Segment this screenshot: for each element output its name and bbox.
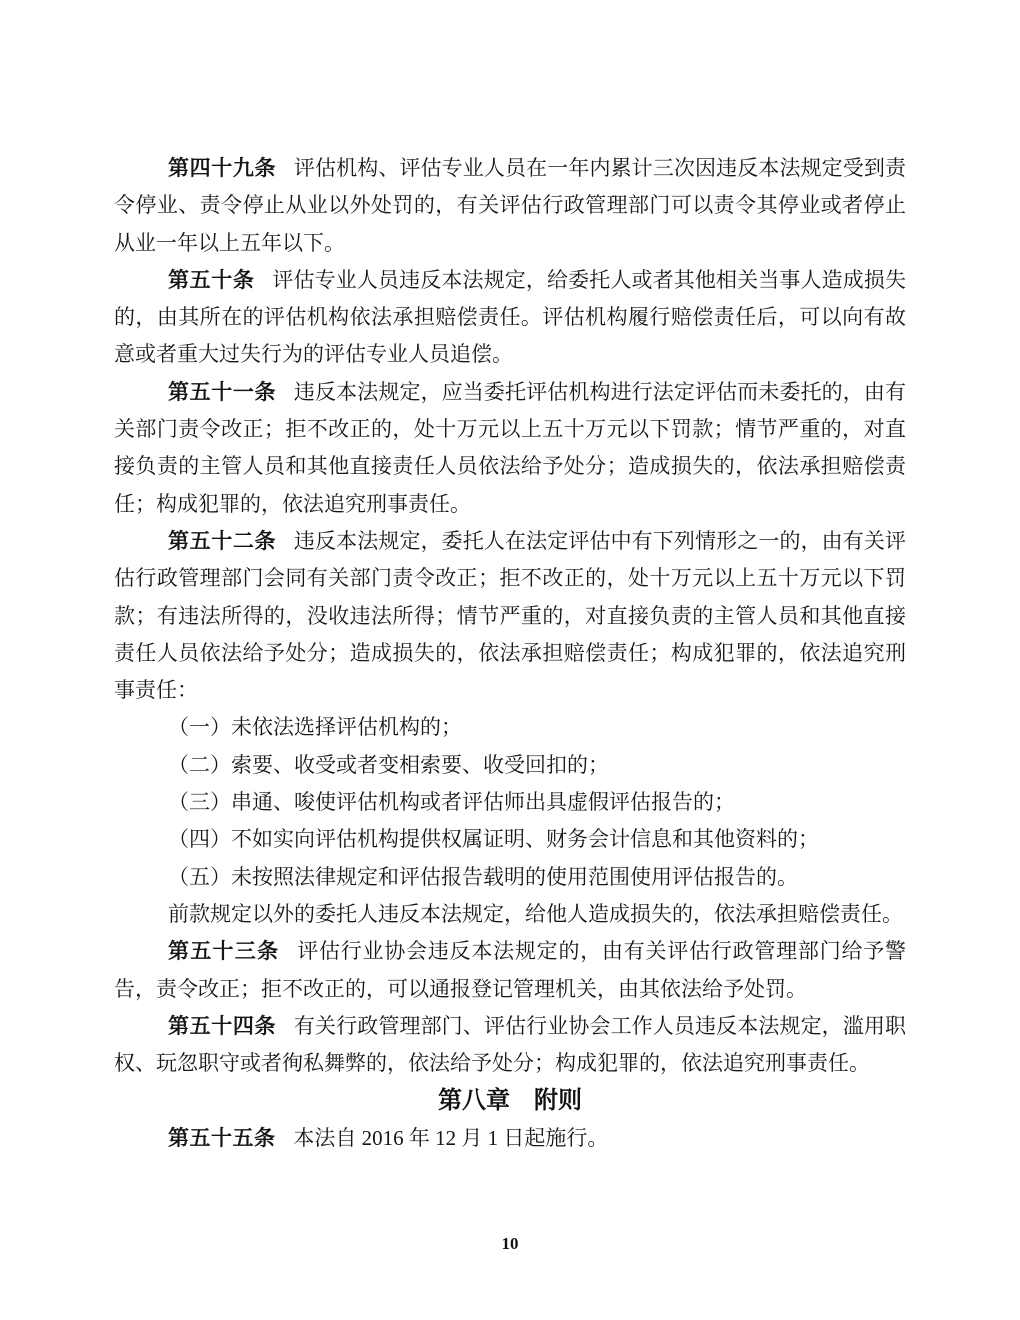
article-paragraph: 第五十四条有关行政管理部门、评估行业协会工作人员违反本法规定，滥用职权、玩忽职守… xyxy=(114,1008,906,1083)
page-number: 10 xyxy=(0,1234,1020,1254)
document-content: 第四十九条评估机构、评估专业人员在一年内累计三次因违反本法规定受到责令停业、责令… xyxy=(114,150,906,1157)
list-item: （一）未依法选择评估机构的； xyxy=(114,709,906,746)
article-number-label: 第五十四条 xyxy=(168,1015,276,1038)
article-number-label: 第五十五条 xyxy=(168,1127,276,1150)
list-item: （四）不如实向评估机构提供权属证明、财务会计信息和其他资料的； xyxy=(114,821,906,858)
article-text: 本法自 2016 年 12 月 1 日起施行。 xyxy=(293,1126,608,1150)
list-item: （三）串通、唆使评估机构或者评估师出具虚假评估报告的； xyxy=(114,784,906,821)
article-paragraph: 第五十五条本法自 2016 年 12 月 1 日起施行。 xyxy=(114,1120,906,1157)
chapter-heading: 第八章 附则 xyxy=(114,1082,906,1119)
article-text: 违反本法规定，委托人在法定评估中有下列情形之一的，由有关评估行政管理部门会同有关… xyxy=(114,529,906,702)
article-paragraph: 第四十九条评估机构、评估专业人员在一年内累计三次因违反本法规定受到责令停业、责令… xyxy=(114,150,906,262)
article-paragraph: 第五十三条评估行业协会违反本法规定的，由有关评估行政管理部门给予警告，责令改正；… xyxy=(114,933,906,1008)
article-number-label: 第五十条 xyxy=(168,269,255,292)
article-number-label: 第五十二条 xyxy=(168,530,276,553)
list-item: （二）索要、收受或者变相索要、收受回扣的； xyxy=(114,747,906,784)
article-number-label: 第五十一条 xyxy=(168,381,276,404)
article-paragraph: 第五十一条违反本法规定，应当委托评估机构进行法定评估而未委托的，由有关部门责令改… xyxy=(114,374,906,523)
article-number-label: 第五十三条 xyxy=(168,940,279,963)
article-paragraph: 第五十条评估专业人员违反本法规定，给委托人或者其他相关当事人造成损失的，由其所在… xyxy=(114,262,906,374)
document-page: 第四十九条评估机构、评估专业人员在一年内累计三次因违反本法规定受到责令停业、责令… xyxy=(0,0,1020,1320)
article-paragraph: 第五十二条违反本法规定，委托人在法定评估中有下列情形之一的，由有关评估行政管理部… xyxy=(114,523,906,709)
list-item: （五）未按照法律规定和评估报告载明的使用范围使用评估报告的。 xyxy=(114,859,906,896)
paragraph: 前款规定以外的委托人违反本法规定，给他人造成损失的，依法承担赔偿责任。 xyxy=(114,896,906,933)
article-number-label: 第四十九条 xyxy=(168,157,276,180)
